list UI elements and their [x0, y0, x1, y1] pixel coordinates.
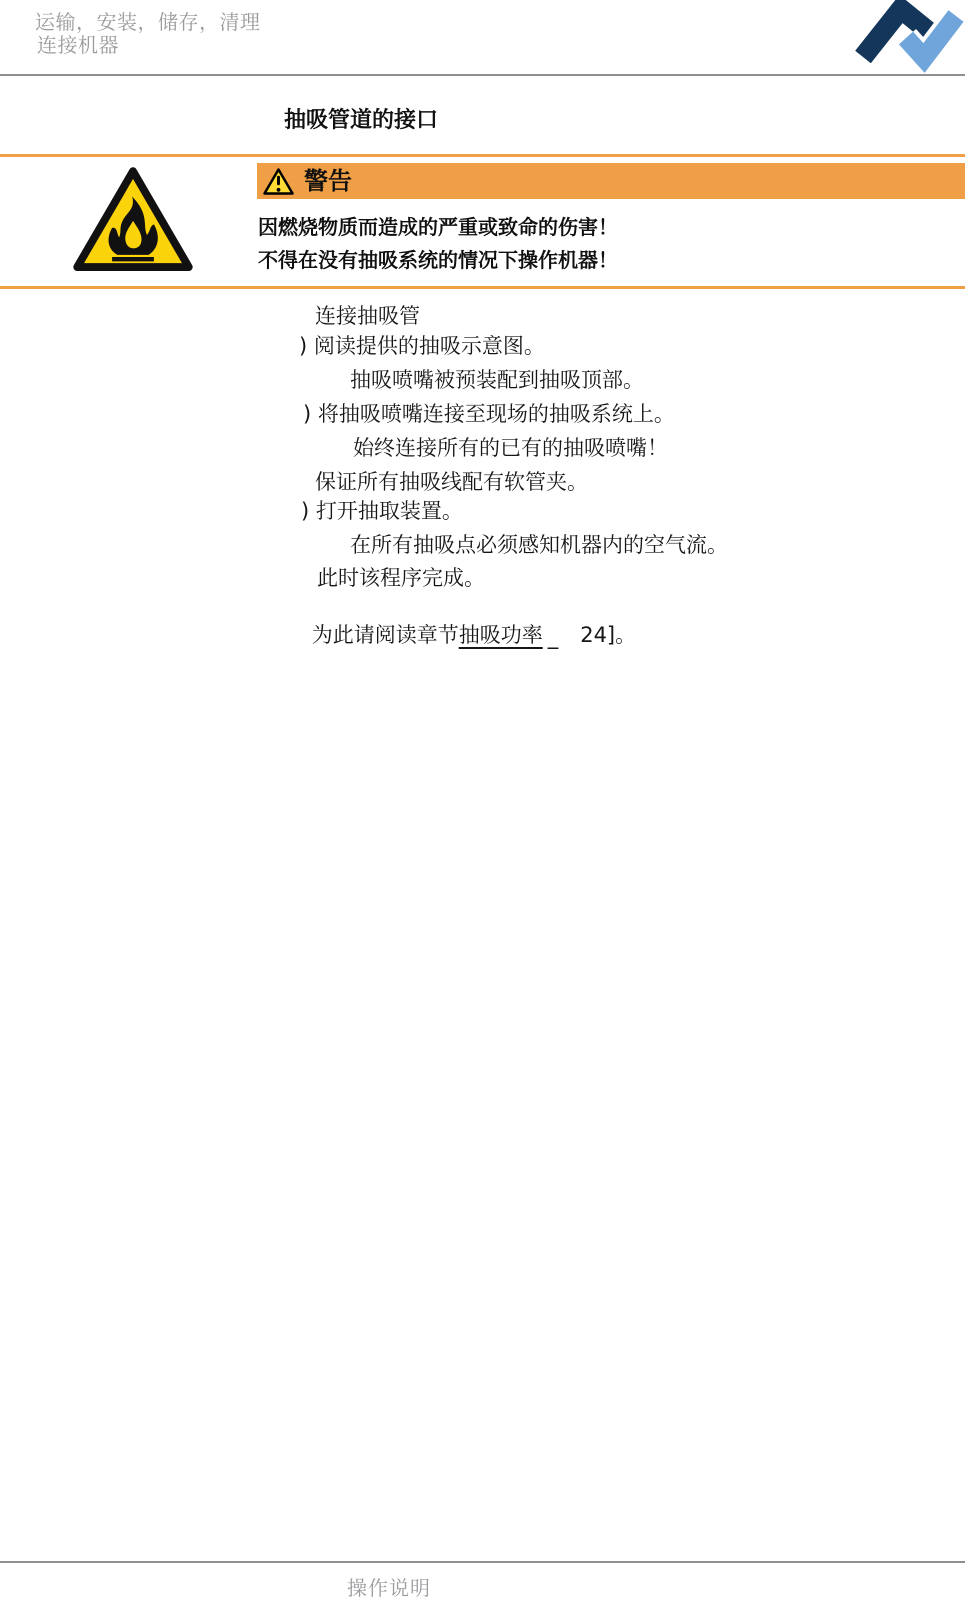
warning-severity-label: 警告: [304, 163, 352, 199]
procedure-step: ) 将抽吸喷嘴连接至现场的抽吸系统上。: [303, 401, 675, 428]
manual-page: 运输，安装，储存，清理 连接机器 抽吸管道的接口 警告 因燃烧物质而造成的严重或…: [0, 0, 965, 1606]
chapter-link[interactable]: 抽吸功率: [459, 623, 548, 647]
warning-consequence: 因燃烧物质而造成的严重或致命的伤害！: [258, 214, 618, 240]
page-title: 抽吸管道的接口: [284, 103, 438, 134]
warning-bottom-rule: [0, 286, 965, 289]
procedure-step: ) 打开抽取装置。: [301, 498, 463, 525]
procedure-note: 始终连接所有的已有的抽吸喷嘴！: [353, 435, 668, 462]
brand-logo: [845, 2, 961, 68]
reference-page-number: 24]。: [580, 623, 636, 647]
brand-logo-icon: [845, 2, 961, 68]
header-chapter: 运输，安装，储存，清理: [35, 11, 261, 34]
header-section: 连接机器: [37, 34, 119, 57]
footer-doc-type: 操作说明: [347, 1572, 431, 1601]
procedure-step: ) 阅读提供的抽吸示意图。: [299, 333, 545, 360]
procedure-note: 保证所有抽吸线配有软管夹。: [315, 469, 588, 496]
warning-banner: 警告: [257, 163, 965, 199]
warning-instruction: 不得在没有抽吸系统的情况下操作机器！: [258, 247, 618, 273]
header-divider: [0, 74, 965, 76]
subsection-heading: 连接抽吸管: [315, 303, 420, 330]
warning-top-rule: [0, 154, 965, 157]
cross-reference-prefix: 为此请阅读章节: [312, 623, 459, 647]
warning-triangle-icon: [262, 167, 295, 196]
procedure-result: 抽吸喷嘴被预装配到抽吸顶部。: [350, 367, 644, 394]
procedure-note: 此时该程序完成。: [317, 565, 485, 592]
procedure-result: 在所有抽吸点必须感知机器内的空气流。: [350, 532, 728, 559]
footer-divider: [0, 1561, 965, 1563]
reference-marker: _: [548, 624, 559, 651]
cross-reference-line: 为此请阅读章节抽吸功率_24]。: [285, 595, 636, 676]
flammable-materials-icon: [72, 164, 194, 276]
